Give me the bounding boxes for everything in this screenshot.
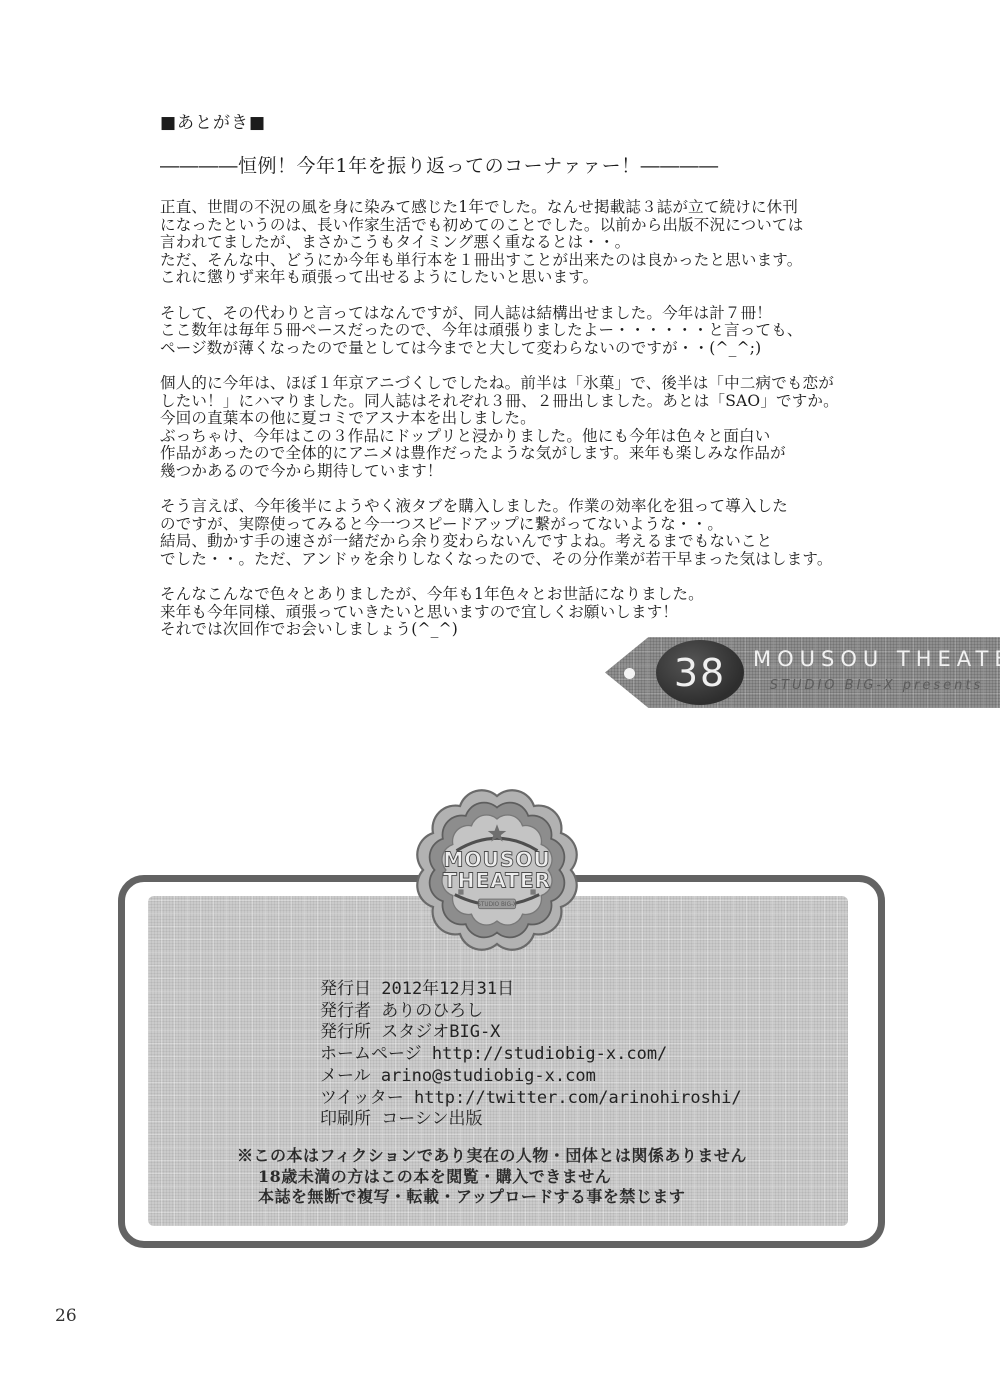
tag-hole-icon: [624, 668, 635, 679]
afterword-paragraph: 個人的に今年は、ほぼ１年京アニづくしでしたね。前半は「氷菓」で、後半は「中二病で…: [160, 375, 890, 480]
afterword-paragraph: そんなこんなで色々とありましたが、今年も1年色々とお世話になりました。 来年も今…: [160, 586, 890, 639]
banner-title: MOUSOU THEATER: [753, 647, 1000, 671]
disclaimer-line: ※この本はフィクションであり実在の人物・団体とは関係ありません: [237, 1146, 747, 1167]
afterword-section: ■あとがき■ ――――恒例！今年1年を振り返ってのコーナァァー！―――― 正直、…: [160, 108, 890, 657]
afterword-paragraph: 正直、世間の不況の風を身に染みて感じた1年でした。なんせ掲載誌３誌が立て続けに休…: [160, 199, 890, 287]
scanned-doujinshi-page: ■あとがき■ ――――恒例！今年1年を振り返ってのコーナァァー！―――― 正直、…: [0, 0, 1000, 1399]
afterword-paragraph: そう言えば、今年後半にようやく液タブを購入しました。作業の効率化を狙って導入した…: [160, 498, 890, 568]
afterword-paragraph: そして、その代わりと言ってはなんですが、同人誌は結構出せました。今年は計７冊！ …: [160, 305, 890, 358]
afterword-heading: ――――恒例！今年1年を振り返ってのコーナァァー！――――: [160, 151, 890, 178]
disclaimer-line: 18歳未満の方はこの本を閲覧・購入できません: [237, 1167, 747, 1188]
disclaimer-line: 本誌を無断で複写・転載・アップロードする事を禁じます: [237, 1187, 747, 1208]
issue-number-badge: 38: [656, 640, 744, 705]
circle-logo-badge: MOUSOU THEATER STUDIO BIG-X: [409, 782, 585, 958]
page-number: 26: [55, 1306, 77, 1326]
badge-small-text: STUDIO BIG-X: [477, 902, 517, 908]
issue-banner: 38 MOUSOU THEATER STUDIO BIG-X presents: [605, 637, 1000, 708]
afterword-title: ■あとがき■: [160, 108, 890, 133]
banner-subtitle: STUDIO BIG-X presents: [753, 678, 1000, 693]
issue-number: 38: [674, 651, 726, 695]
badge-title-line2: THEATER: [443, 869, 551, 893]
disclaimer: ※この本はフィクションであり実在の人物・団体とは関係ありません 18歳未満の方は…: [237, 1146, 747, 1208]
colophon-lines: 発行日 2012年12月31日 発行者 ありのひろし 発行所 スタジオBIG-X…: [320, 979, 742, 1131]
